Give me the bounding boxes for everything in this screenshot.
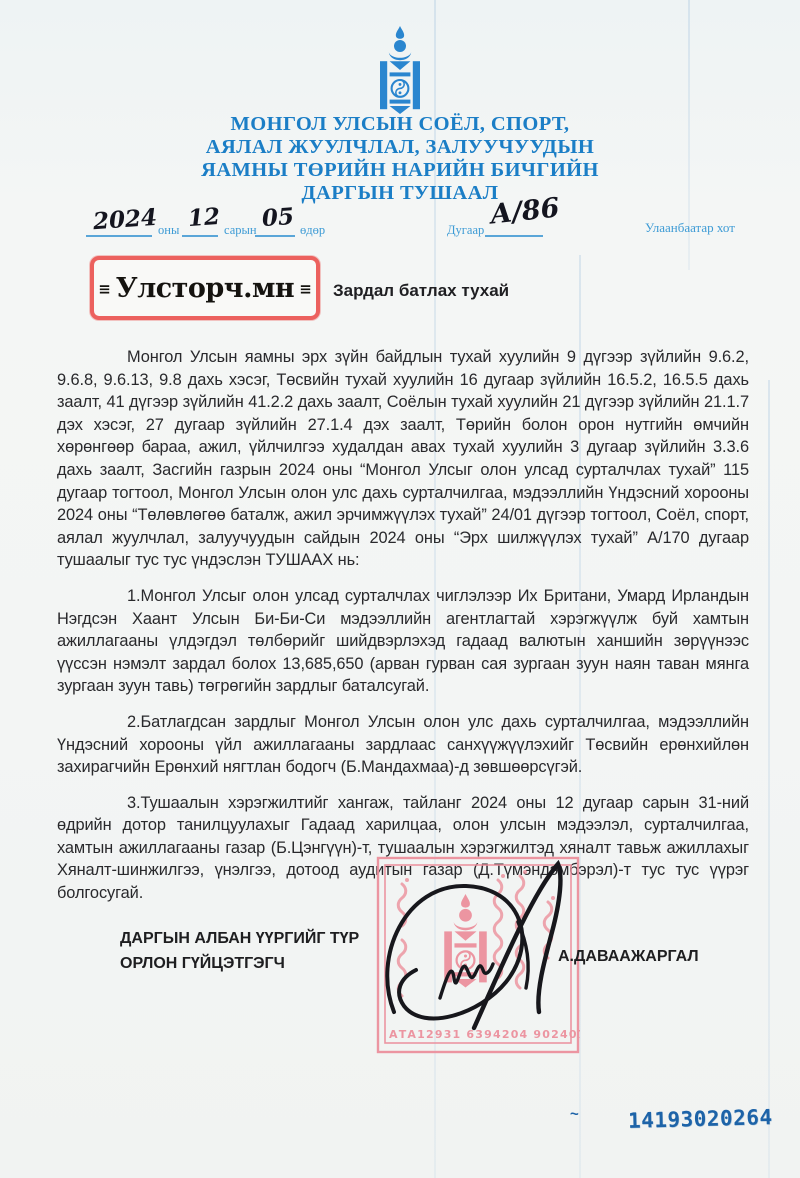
- preamble-paragraph: Монгол Улсын яамны эрх зүйн байдлын туха…: [57, 346, 749, 572]
- signer-name: А.ДАВААЖАРГАЛ: [558, 948, 699, 966]
- header-line: АЯЛАЛ ЖУУЛЧЛАЛ, ЗАЛУУЧУУДЫН: [0, 136, 800, 159]
- month-label: сарын: [224, 223, 257, 238]
- registration-number: 14193020264: [628, 1105, 773, 1133]
- wing-left-icon: ≡: [98, 280, 111, 298]
- city-label: Улаанбаатар хот: [645, 220, 735, 236]
- clause-1-paragraph: 1.Монгол Улсыг олон улсад сурталчлах чиг…: [57, 585, 749, 698]
- document-body: Монгол Улсын яамны эрх зүйн байдлын туха…: [57, 346, 749, 918]
- wing-right-icon: ≡: [299, 280, 312, 298]
- ministry-header: МОНГОЛ УЛСЫН СОЁЛ, СПОРТ, АЯЛАЛ ЖУУЛЧЛАЛ…: [0, 113, 800, 205]
- year-label: оны: [158, 223, 179, 238]
- watermark-logo-text: Улсторч.мн: [116, 273, 294, 304]
- number-label: Дугаар: [447, 223, 484, 238]
- handwritten-month: 12: [187, 203, 221, 232]
- month-underline: [182, 235, 218, 237]
- year-underline: [86, 235, 152, 237]
- number-underline: [485, 235, 543, 237]
- soyombo-emblem-icon: [376, 26, 424, 114]
- day-underline: [255, 235, 295, 237]
- signer-title-line: ОРЛОН ГҮЙЦЭТГЭГЧ: [120, 951, 359, 976]
- subject-title: Зардал батлах тухай: [333, 281, 509, 301]
- scanned-document-page: МОНГОЛ УЛСЫН СОЁЛ, СПОРТ, АЯЛАЛ ЖУУЛЧЛАЛ…: [0, 0, 800, 1178]
- handwritten-document-number: А/86: [489, 192, 561, 230]
- date-number-row: 2024 оны 12 сарын 05 өдөр Дугаар А/86 Ул…: [0, 196, 800, 251]
- header-line: ЯАМНЫ ТӨРИЙН НАРИЙН БИЧГИЙН: [0, 159, 800, 182]
- clause-2-paragraph: 2.Батлагдсан зардлыг Монгол Улсын олон у…: [57, 711, 749, 779]
- header-line: МОНГОЛ УЛСЫН СОЁЛ, СПОРТ,: [0, 113, 800, 136]
- ink-mark: ~: [570, 1106, 579, 1123]
- handwritten-year: 2024: [92, 204, 158, 235]
- handwritten-day: 05: [261, 203, 295, 232]
- day-label: өдөр: [300, 223, 325, 238]
- signer-title-line: ДАРГЫН АЛБАН ҮҮРГИЙГ ТҮР: [120, 926, 359, 951]
- ulstorch-watermark-badge: ≡ Улсторч.мн ≡: [90, 256, 320, 320]
- signer-title: ДАРГЫН АЛБАН ҮҮРГИЙГ ТҮР ОРЛОН ГҮЙЦЭТГЭГ…: [120, 926, 359, 976]
- scan-artifact-line: [768, 380, 770, 1178]
